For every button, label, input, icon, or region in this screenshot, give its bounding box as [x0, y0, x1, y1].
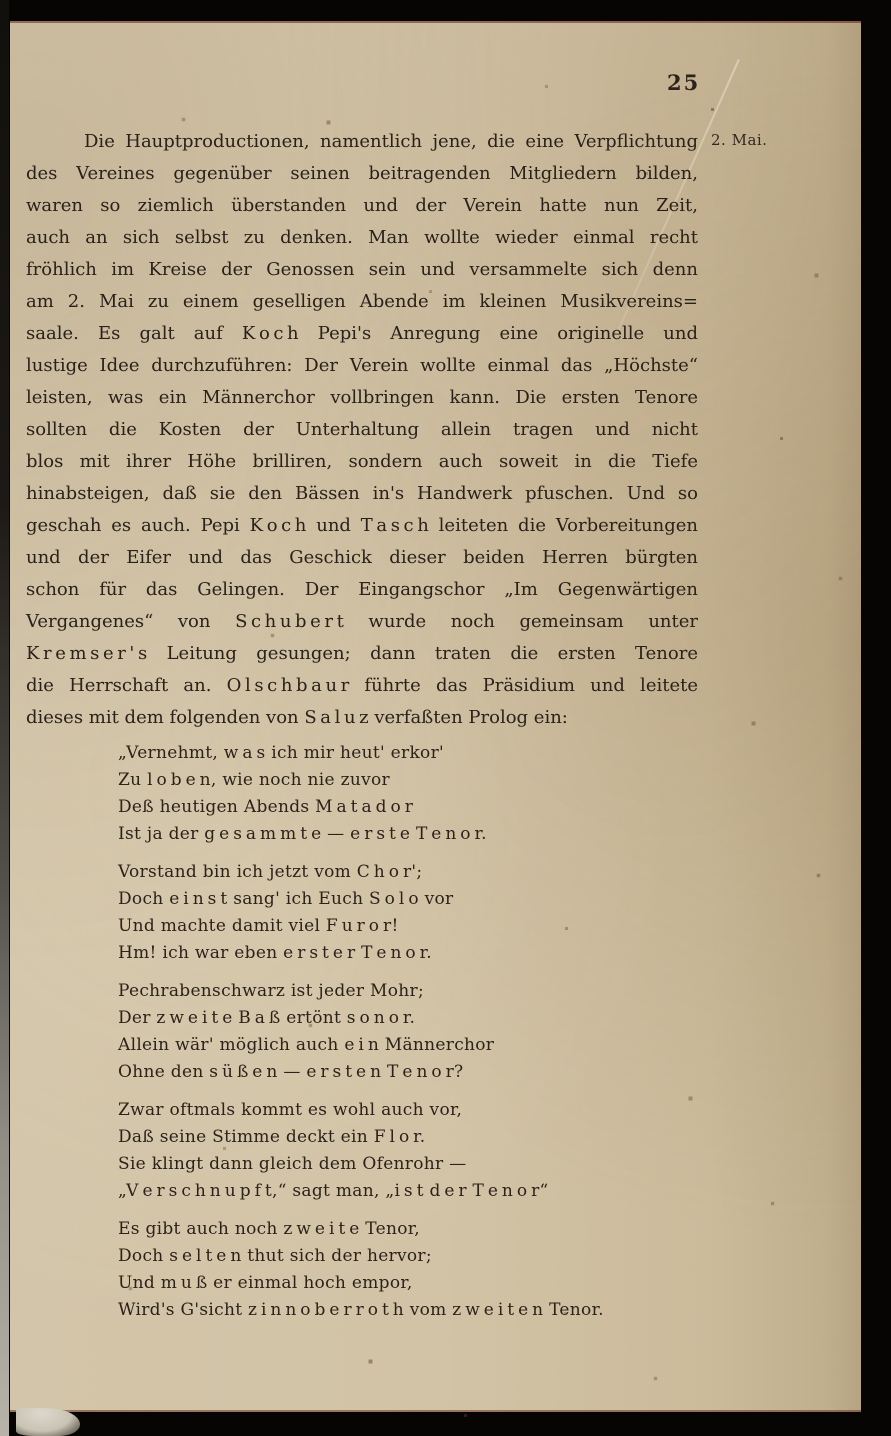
paper-page: 25 2. Mai. Die Hauptproductionen, nament…	[10, 21, 861, 1412]
paragraph-line: geschah es auch. Pepi K o c h und T a s …	[26, 510, 698, 542]
poem-line: „Vernehmt, w a s ich mir heut' erkor'	[118, 740, 604, 767]
poem-stanza: Pechrabenschwarz ist jeder Mohr; Der z w…	[118, 978, 604, 1086]
paragraph-line: fröhlich im Kreise der Genossen sein und…	[26, 254, 698, 286]
paragraph-line: die Herrschaft an. O l s c h b a u r füh…	[26, 670, 698, 702]
page-number: 25	[667, 70, 700, 95]
paragraph-line: auch an sich selbst zu denken. Man wollt…	[26, 222, 698, 254]
poem-line: Doch e i n s t sang' ich Euch S o l o vo…	[118, 886, 604, 913]
paragraph-line: Die Hauptproductionen, namentlich jene, …	[26, 126, 698, 158]
paragraph-line: Vergangenes“ von S c h u b e r t wurde n…	[26, 606, 698, 638]
poem-line: Es gibt auch noch z w e i t e Tenor,	[118, 1216, 604, 1243]
paper-specks	[10, 23, 11, 24]
poem-line: Zwar oftmals kommt es wohl auch vor,	[118, 1097, 604, 1124]
main-paragraph: Die Hauptproductionen, namentlich jene, …	[26, 126, 698, 734]
poem-line: Und m u ß er einmal hoch empor,	[118, 1270, 604, 1297]
book-scan-page: 25 2. Mai. Die Hauptproductionen, nament…	[0, 0, 891, 1436]
paragraph-line: am 2. Mai zu einem geselligen Abende im …	[26, 286, 698, 318]
poem-line: Vorstand bin ich jetzt vom C h o r';	[118, 859, 604, 886]
poem-stanza: Zwar oftmals kommt es wohl auch vor, Daß…	[118, 1097, 604, 1205]
paragraph-line: dieses mit dem folgenden von S a l u z v…	[26, 702, 698, 734]
poem-line: Allein wär' möglich auch e i n Männercho…	[118, 1032, 604, 1059]
margin-date-note: 2. Mai.	[711, 131, 767, 149]
poem-line: Doch s e l t e n thut sich der hervor;	[118, 1243, 604, 1270]
poem-line: Wird's G'sicht z i n n o b e r r o t h v…	[118, 1297, 604, 1324]
poem-line: Pechrabenschwarz ist jeder Mohr;	[118, 978, 604, 1005]
paragraph-line: und der Eifer und das Geschick dieser be…	[26, 542, 698, 574]
paragraph-line: hinabsteigen, daß sie den Bässen in's Ha…	[26, 478, 698, 510]
poem-line: Deß heutigen Abends M a t a d o r	[118, 794, 604, 821]
paragraph-line: sollten die Kosten der Unterhaltung alle…	[26, 414, 698, 446]
paragraph-line: schon für das Gelingen. Der Eingangschor…	[26, 574, 698, 606]
poem-stanza: Vorstand bin ich jetzt vom C h o r'; Doc…	[118, 859, 604, 967]
paragraph-line: leisten, was ein Männerchor vollbringen …	[26, 382, 698, 414]
poem-line: Sie klingt dann gleich dem Ofenrohr —	[118, 1151, 604, 1178]
poem-line: Daß seine Stimme deckt ein F l o r.	[118, 1124, 604, 1151]
book-gutter-edge	[0, 0, 9, 1436]
paragraph-line: K r e m s e r ' s Leitung gesungen; dann…	[26, 638, 698, 670]
page-corner-curl	[16, 1408, 80, 1436]
paragraph-line: blos mit ihrer Höhe brilliren, sondern a…	[26, 446, 698, 478]
poem-stanza: Es gibt auch noch z w e i t e Tenor, Doc…	[118, 1216, 604, 1324]
paragraph-line: des Vereines gegenüber seinen beitragend…	[26, 158, 698, 190]
poem-line: Hm! ich war eben e r s t e r T e n o r.	[118, 940, 604, 967]
poem-line: Zu l o b e n, wie noch nie zuvor	[118, 767, 604, 794]
paragraph-line: saale. Es galt auf K o c h Pepi's Anregu…	[26, 318, 698, 350]
poem-line: Ist ja der g e s a m m t e — e r s t e T…	[118, 821, 604, 848]
poem-line: Der z w e i t e B a ß ertönt s o n o r.	[118, 1005, 604, 1032]
poem-line: „V e r s c h n u p f t,“ sagt man, „i s …	[118, 1178, 604, 1205]
prologue-poem: „Vernehmt, w a s ich mir heut' erkor' Zu…	[118, 740, 604, 1335]
paragraph-line: waren so ziemlich überstanden und der Ve…	[26, 190, 698, 222]
paragraph-line: lustige Idee durchzuführen: Der Verein w…	[26, 350, 698, 382]
poem-line: Und machte damit viel F u r o r!	[118, 913, 604, 940]
poem-stanza: „Vernehmt, w a s ich mir heut' erkor' Zu…	[118, 740, 604, 848]
poem-line: Ohne den s ü ß e n — e r s t e n T e n o…	[118, 1059, 604, 1086]
